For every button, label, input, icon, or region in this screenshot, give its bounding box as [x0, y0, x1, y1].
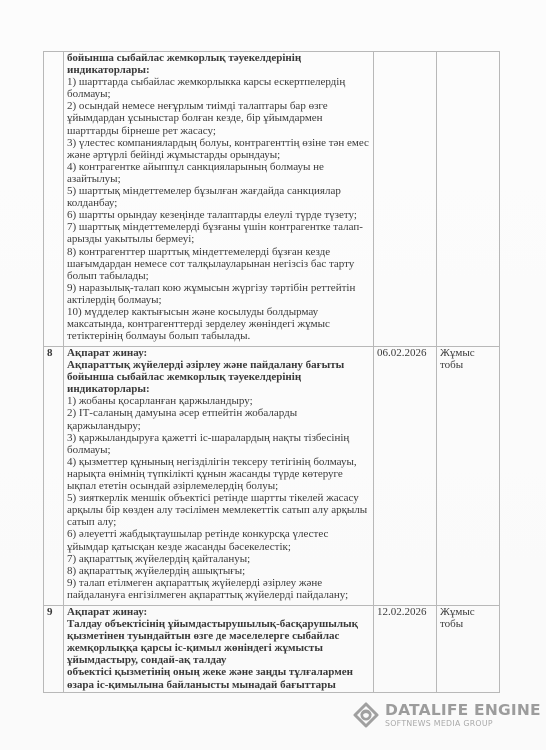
description-line: арызды уакытылы бермеуі;: [67, 233, 370, 245]
row-number: 8: [44, 347, 64, 606]
description-line: 4) контрагентке айыппұл санкцияларының б…: [67, 161, 370, 173]
description-line: 8) контрагенттер шарттық міндеттемелерді…: [67, 246, 370, 258]
description-line: нарықта өнімнің түпкілікті құнын жасанды…: [67, 468, 370, 480]
description-line: 4) қызметтер құнының негізділігін тексер…: [67, 456, 370, 468]
description-line: және әртүрлі бейінді жұмыстарды орындауы…: [67, 149, 370, 161]
description-line: колданбау;: [67, 197, 370, 209]
responsible-word: Жұмыс: [440, 606, 496, 618]
description-line: өзара іс-қимылына байланысты мынадай бағ…: [67, 679, 370, 691]
description-line: 8) ақпараттық жүйелердің ашықтығы;: [67, 565, 370, 577]
row-date: [374, 52, 437, 347]
row-description: Ақпарат жинау:Талдау объектісінің ұйымда…: [64, 606, 374, 693]
description-line: тетіктерінің болмауы болып табылады.: [67, 330, 370, 342]
description-line: болып табылады;: [67, 270, 370, 282]
description-line: 2) ІТ-саланың дамуына әсер етпейтін жоба…: [67, 407, 370, 419]
watermark-title: DATALIFE ENGINE: [385, 702, 541, 719]
description-line: 1) жобаны қосарланған қаржыландыру;: [67, 395, 370, 407]
description-line: ықпал ететін осындай әзірлемелердің болу…: [67, 480, 370, 492]
description-line: 2) осындай немесе неғұрлым тиімді талапт…: [67, 100, 370, 112]
row-number: [44, 52, 64, 347]
description-line: шарттарды бірнеше рет жасасу;: [67, 125, 370, 137]
description-line: 9) талап етілмеген ақпараттық жүйелерді …: [67, 577, 370, 589]
row-date: 12.02.2026: [374, 606, 437, 693]
description-line: 10) мүдделер кактығысын және косылуды бо…: [67, 306, 370, 318]
description-line: болмауы;: [67, 88, 370, 100]
description-line: максатында, контрагенттерді зерделеу жөн…: [67, 318, 370, 330]
row-number: 9: [44, 606, 64, 693]
table-row: бойынша сыбайлас жемкорлық тәуекелдеріні…: [44, 52, 500, 347]
description-line: азайтылуы;: [67, 173, 370, 185]
description-line: актілердің болмауы;: [67, 294, 370, 306]
description-line: бойынша сыбайлас жемкорлық тәуекелдеріні…: [67, 371, 370, 383]
description-line: ұйымдардан ұсыныстар болған кезде, бір ұ…: [67, 112, 370, 124]
description-line: Ақпараттық жүйелерді әзірлеу және пайдал…: [67, 359, 370, 371]
description-line: 1) шарттарда сыбайлас жемкорлыкка карсы …: [67, 76, 370, 88]
description-line: индикаторлары:: [67, 64, 370, 76]
row-responsible: Жұмыстобы: [437, 347, 500, 606]
description-line: 5) шарттық міндеттемелер бұзылған жағдай…: [67, 185, 370, 197]
description-line: 3) қаржыландыруға қажетті іс-шаралардың …: [67, 432, 370, 444]
responsible-word: тобы: [440, 618, 496, 630]
description-line: объектісі қызметінің оның жеке және заңд…: [67, 666, 370, 678]
description-line: арқылы бір көзден алу тәсілімен мемлекет…: [67, 504, 370, 516]
watermark: DATALIFE ENGINE SOFTNEWS MEDIA GROUP: [352, 701, 541, 729]
responsible-word: тобы: [440, 359, 496, 371]
description-line: сатып алу;: [67, 516, 370, 528]
table-row: 8 Ақпарат жинау:Ақпараттық жүйелерді әзі…: [44, 347, 500, 606]
row-description: Ақпарат жинау:Ақпараттық жүйелерді әзірл…: [64, 347, 374, 606]
description-line: 7) шарттық міндеттемелерді бұзғаны үшін …: [67, 221, 370, 233]
description-line: ұйымдастыру, сондай-ақ талдау: [67, 654, 370, 666]
description-line: 9) наразылық-талап кою жұмысын жүргізу т…: [67, 282, 370, 294]
watermark-subtitle: SOFTNEWS MEDIA GROUP: [385, 719, 541, 728]
description-line: Ақпарат жинау:: [67, 347, 370, 359]
document-page: бойынша сыбайлас жемкорлық тәуекелдеріні…: [0, 0, 546, 750]
description-line: қызметінен туындайтын өзге де мәселелерг…: [67, 630, 370, 642]
row-responsible: Жұмыстобы: [437, 606, 500, 693]
description-line: қаржыландыру;: [67, 420, 370, 432]
responsible-word: Жұмыс: [440, 347, 496, 359]
description-line: 6) шартты орындау кезеңінде талаптарды е…: [67, 209, 370, 221]
row-responsible: [437, 52, 500, 347]
datalife-engine-logo-icon: [352, 701, 380, 729]
row-date: 06.02.2026: [374, 347, 437, 606]
plan-table: бойынша сыбайлас жемкорлық тәуекелдеріні…: [43, 51, 500, 693]
description-line: 3) үлестес компаниялардың болуы, контраг…: [67, 137, 370, 149]
description-line: Талдау объектісінің ұйымдастырушылық-бас…: [67, 618, 370, 630]
description-line: индикаторлары:: [67, 383, 370, 395]
description-line: пайдалануға енгізілмеген ақпараттық жүйе…: [67, 589, 370, 601]
description-line: 5) зияткерлік меншік объектісі ретінде ш…: [67, 492, 370, 504]
description-line: 7) ақпараттық жүйелердің қайталануы;: [67, 553, 370, 565]
description-line: 6) әлеуетті жабдықтаушылар ретінде конку…: [67, 528, 370, 540]
description-line: болмауы;: [67, 444, 370, 456]
description-line: жемқорлыққа қарсы іс-қимыл жөніндегі жұм…: [67, 642, 370, 654]
description-line: шағымдардан немесе сот талқылауларынан н…: [67, 258, 370, 270]
table-row: 9 Ақпарат жинау:Талдау объектісінің ұйым…: [44, 606, 500, 693]
description-line: Ақпарат жинау:: [67, 606, 370, 618]
row-description: бойынша сыбайлас жемкорлық тәуекелдеріні…: [64, 52, 374, 347]
description-line: бойынша сыбайлас жемкорлық тәуекелдеріні…: [67, 52, 370, 64]
description-line: ұйымдар қатысқан кезде жасанды бәсекелес…: [67, 541, 370, 553]
